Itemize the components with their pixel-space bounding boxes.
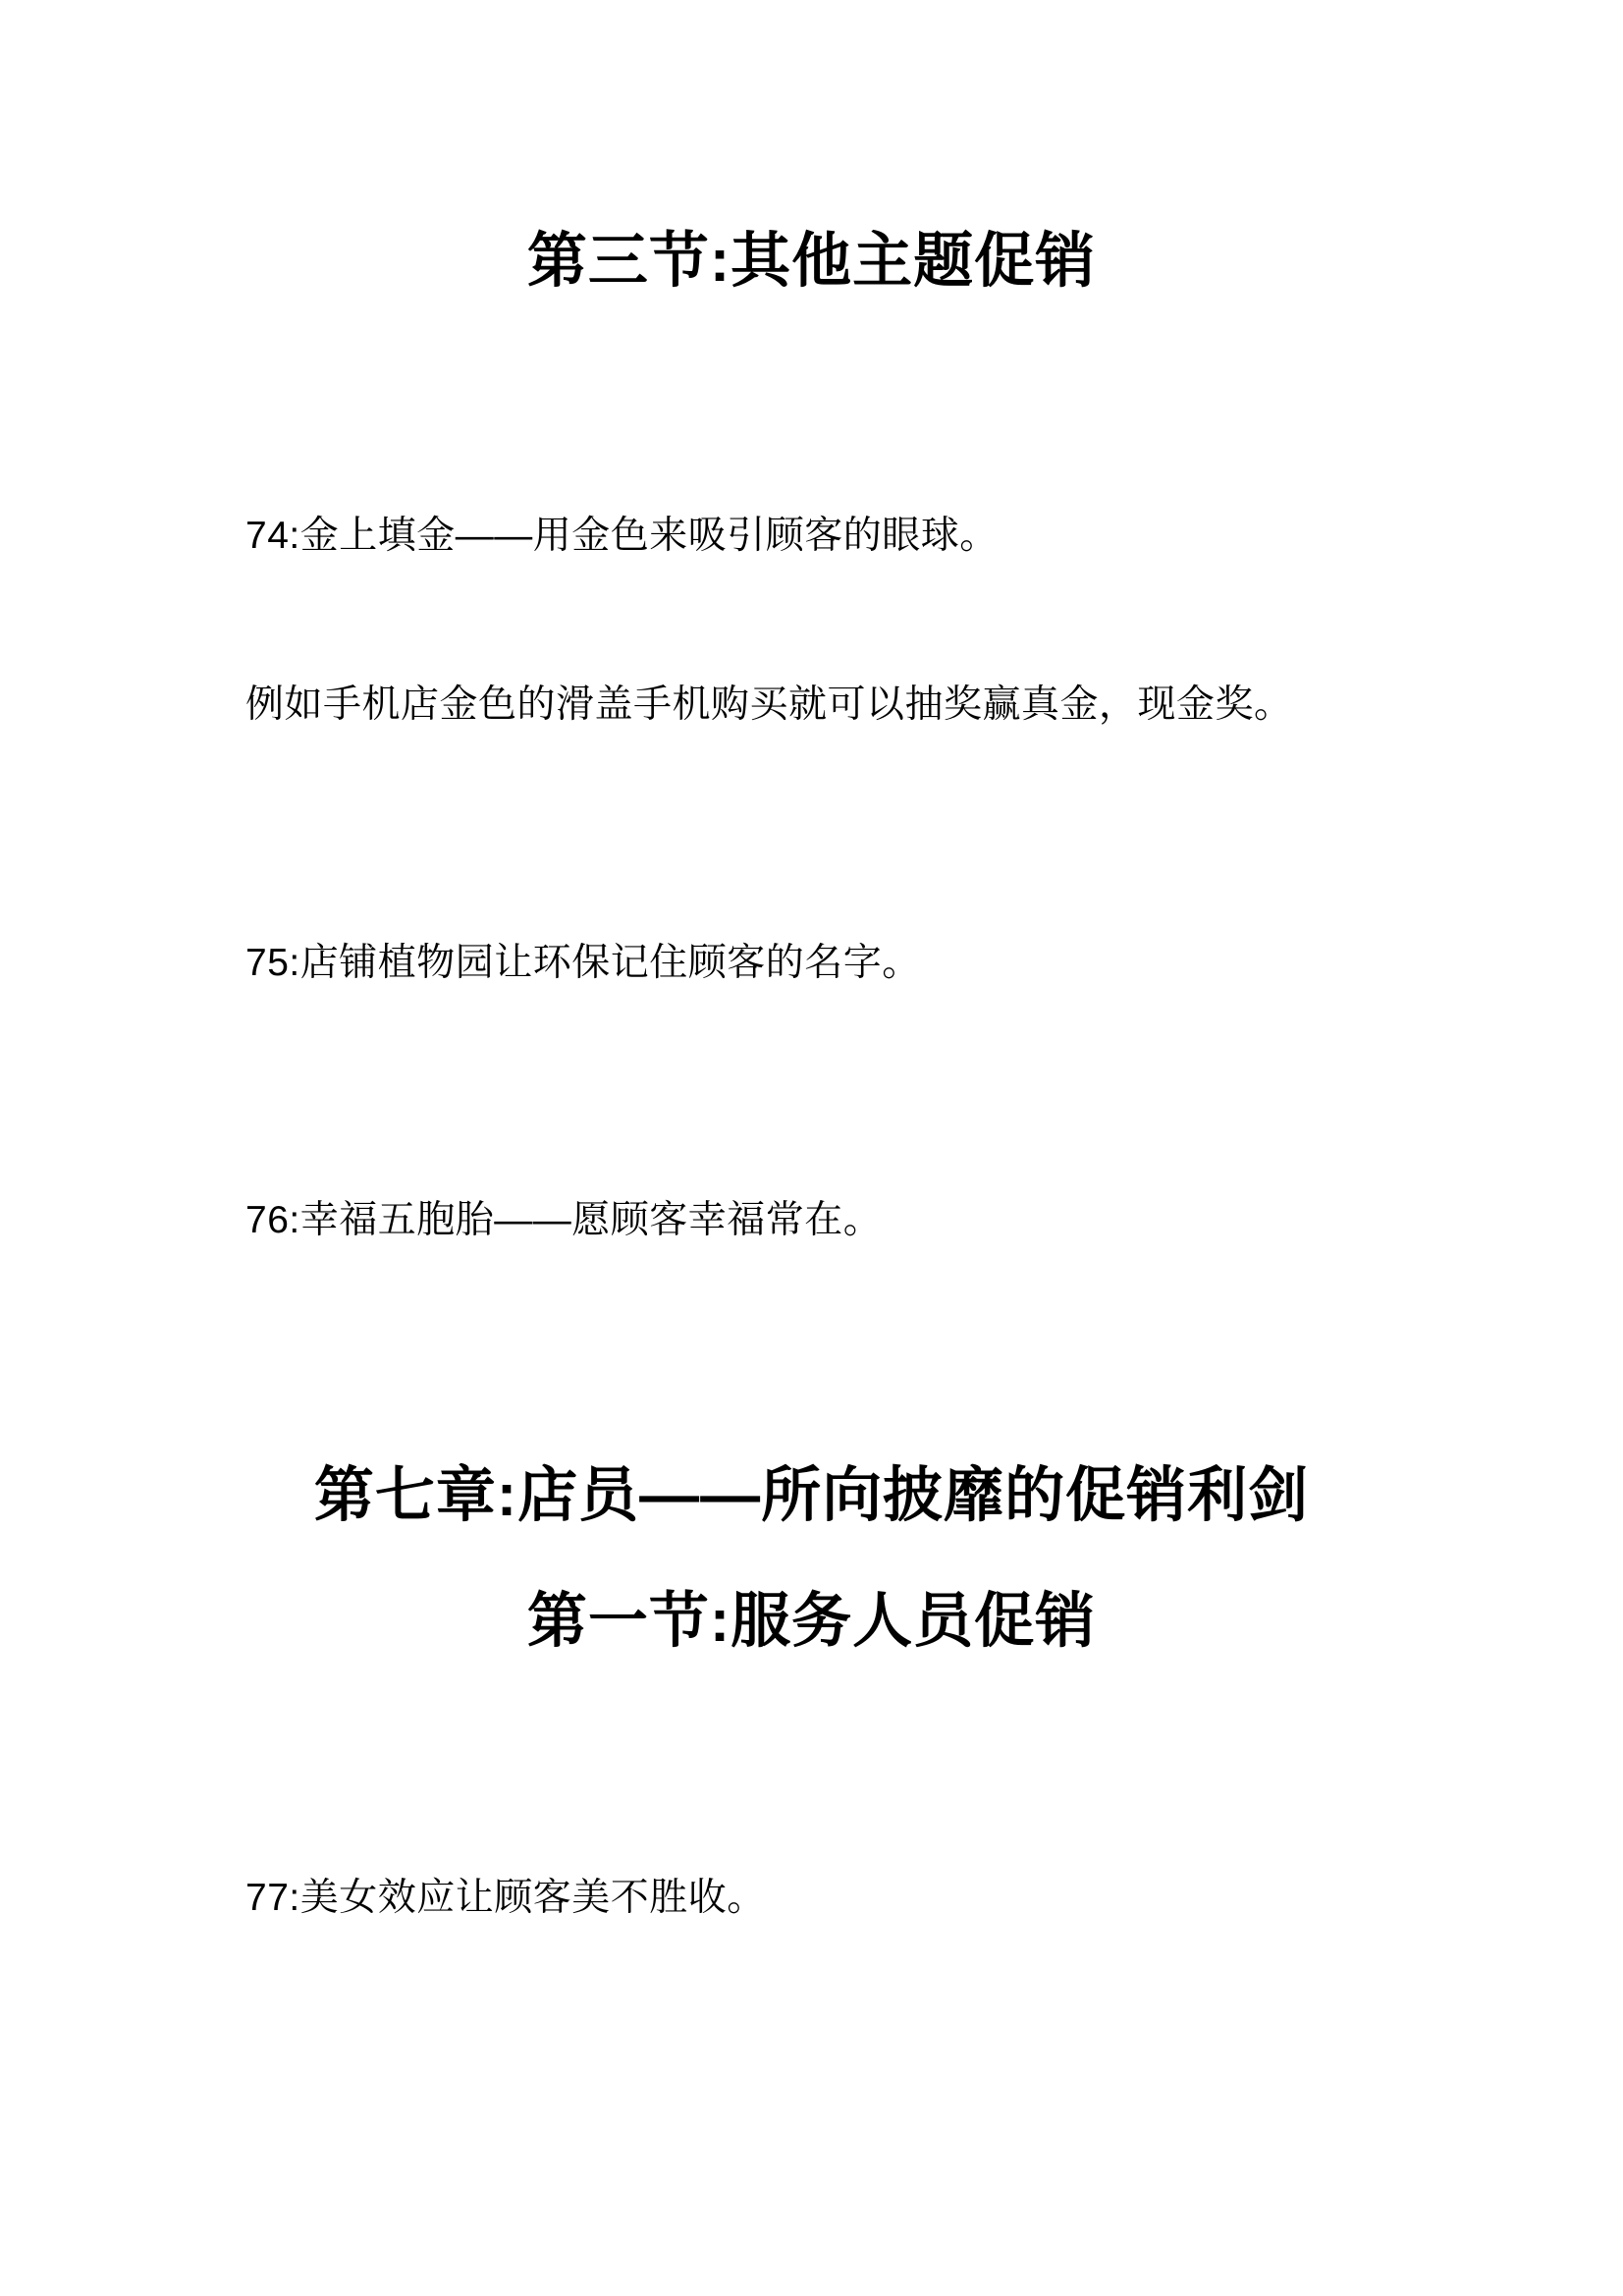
paragraph-item-77: 77:美女效应让顾客美不胜收。 bbox=[245, 1877, 1486, 1921]
document-page: 第三节:其他主题促销 74:金上填金——用金色来吸引顾客的眼球。 例如手机店金色… bbox=[0, 0, 1623, 2296]
paragraph-item-74-example: 例如手机店金色的滑盖手机购买就可以抽奖赢真金，现金奖。 bbox=[245, 683, 1486, 728]
paragraph-item-76: 76:幸福五胞胎——愿顾客幸福常在。 bbox=[245, 1199, 1486, 1243]
paragraph-item-75: 75:店铺植物园让环保记住顾客的名字。 bbox=[245, 942, 1486, 986]
chapter-7-heading: 第七章:店员——所向披靡的促销利剑 bbox=[0, 1465, 1623, 1525]
section-1-heading: 第一节:服务人员促销 bbox=[0, 1591, 1623, 1651]
paragraph-item-74: 74:金上填金——用金色来吸引顾客的眼球。 bbox=[245, 515, 1486, 559]
section-3-heading: 第三节:其他主题促销 bbox=[0, 231, 1623, 291]
